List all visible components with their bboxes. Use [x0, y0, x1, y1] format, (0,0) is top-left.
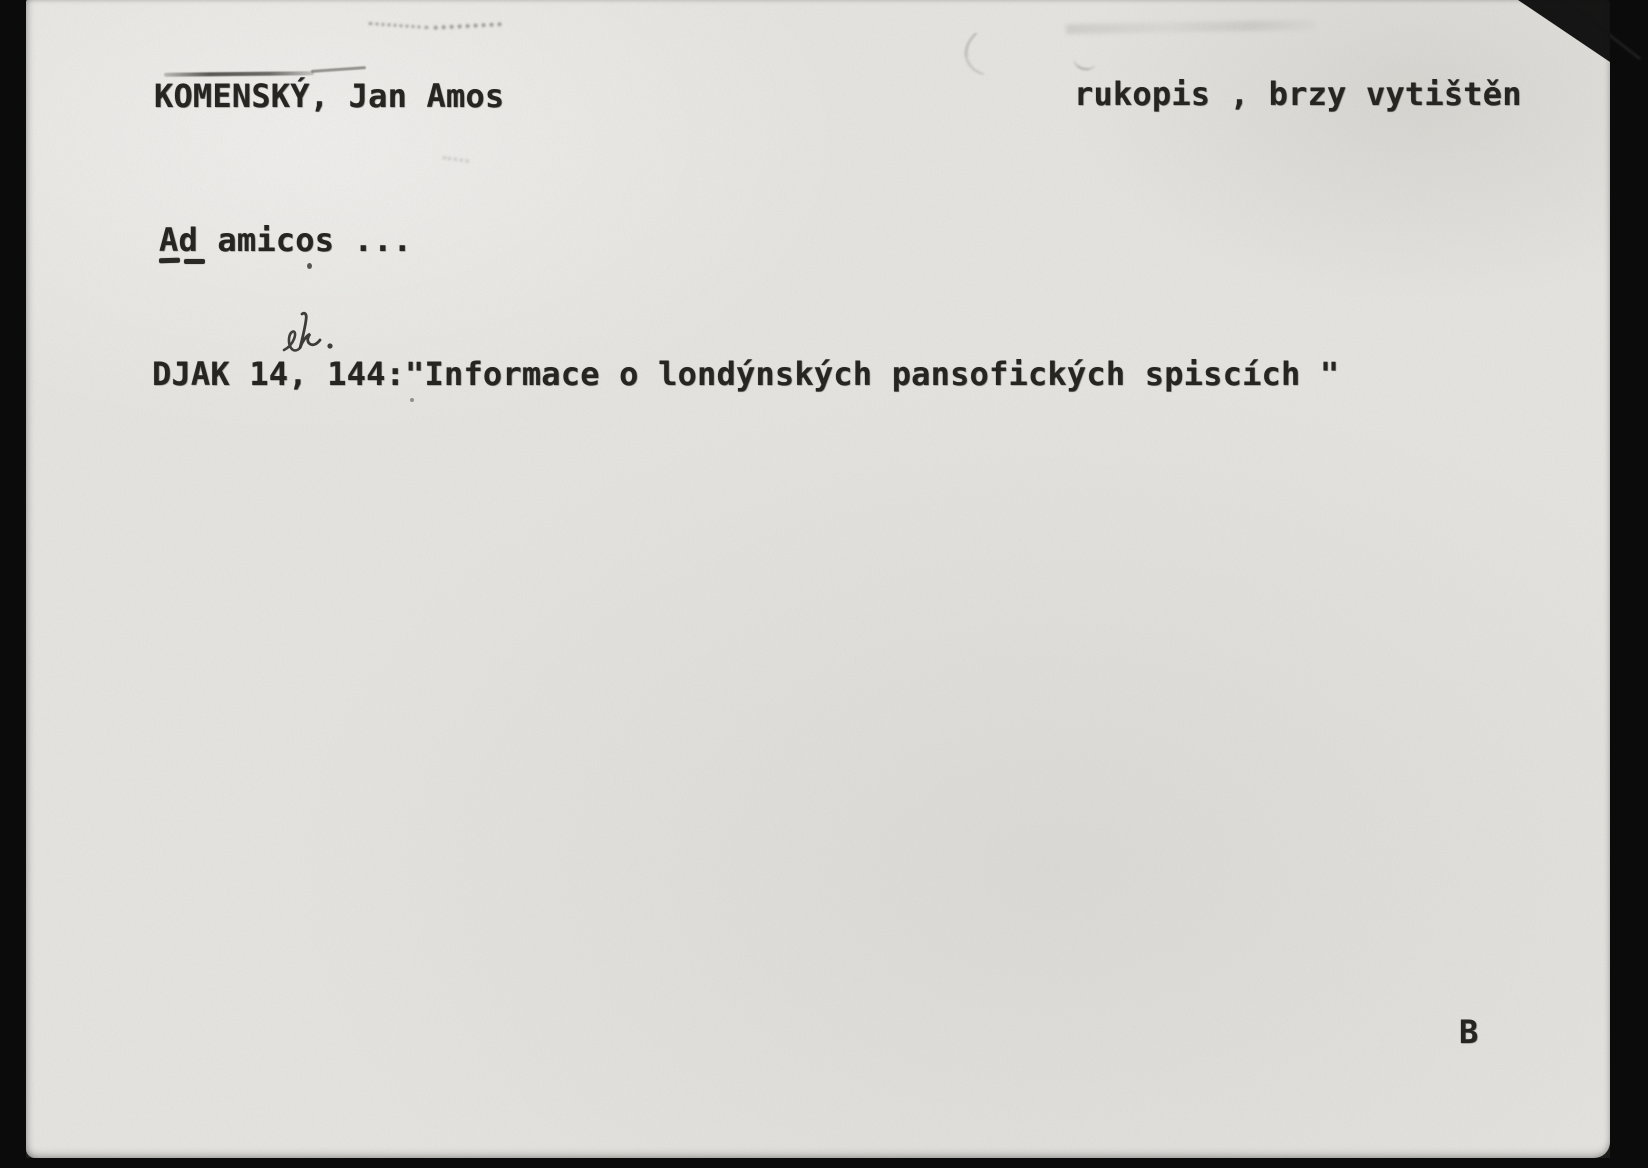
material-note: rukopis , brzy vytištěn	[1074, 78, 1522, 110]
erased-pencil-squiggle	[1072, 50, 1098, 73]
underline-mark	[184, 259, 205, 264]
pencil-strike-mark	[164, 71, 314, 77]
work-title-rest: amicos ...	[198, 221, 412, 259]
stray-dot	[410, 398, 414, 402]
reference-citation: DJAK 14, 144:"Informace o londýnských pa…	[152, 358, 1339, 390]
erased-pencil-squiggle	[950, 33, 1008, 76]
erased-pencil-writing	[1066, 20, 1316, 34]
underline-mark	[159, 258, 180, 264]
handwritten-annotation-sk: sk.	[278, 306, 348, 360]
pencil-strike-mark	[311, 66, 366, 73]
section-letter: B	[1459, 1016, 1478, 1048]
erased-pencil-mark	[434, 22, 503, 44]
stray-typed-dot	[307, 263, 312, 269]
scan-corner-shadow	[1518, 0, 1610, 62]
work-title-incipit: Ad	[159, 221, 198, 259]
library-catalog-card: KOMENSKÝ, Jan Amos rukopis , brzy vytišt…	[26, 0, 1610, 1158]
work-title: Ad amicos ...	[159, 224, 412, 256]
paper-smudge	[443, 138, 472, 162]
paper-texture	[26, 0, 1610, 1158]
scanner-background: KOMENSKÝ, Jan Amos rukopis , brzy vytišt…	[0, 0, 1648, 1168]
erased-pencil-mark	[367, 22, 428, 43]
author-heading: KOMENSKÝ, Jan Amos	[154, 80, 504, 112]
